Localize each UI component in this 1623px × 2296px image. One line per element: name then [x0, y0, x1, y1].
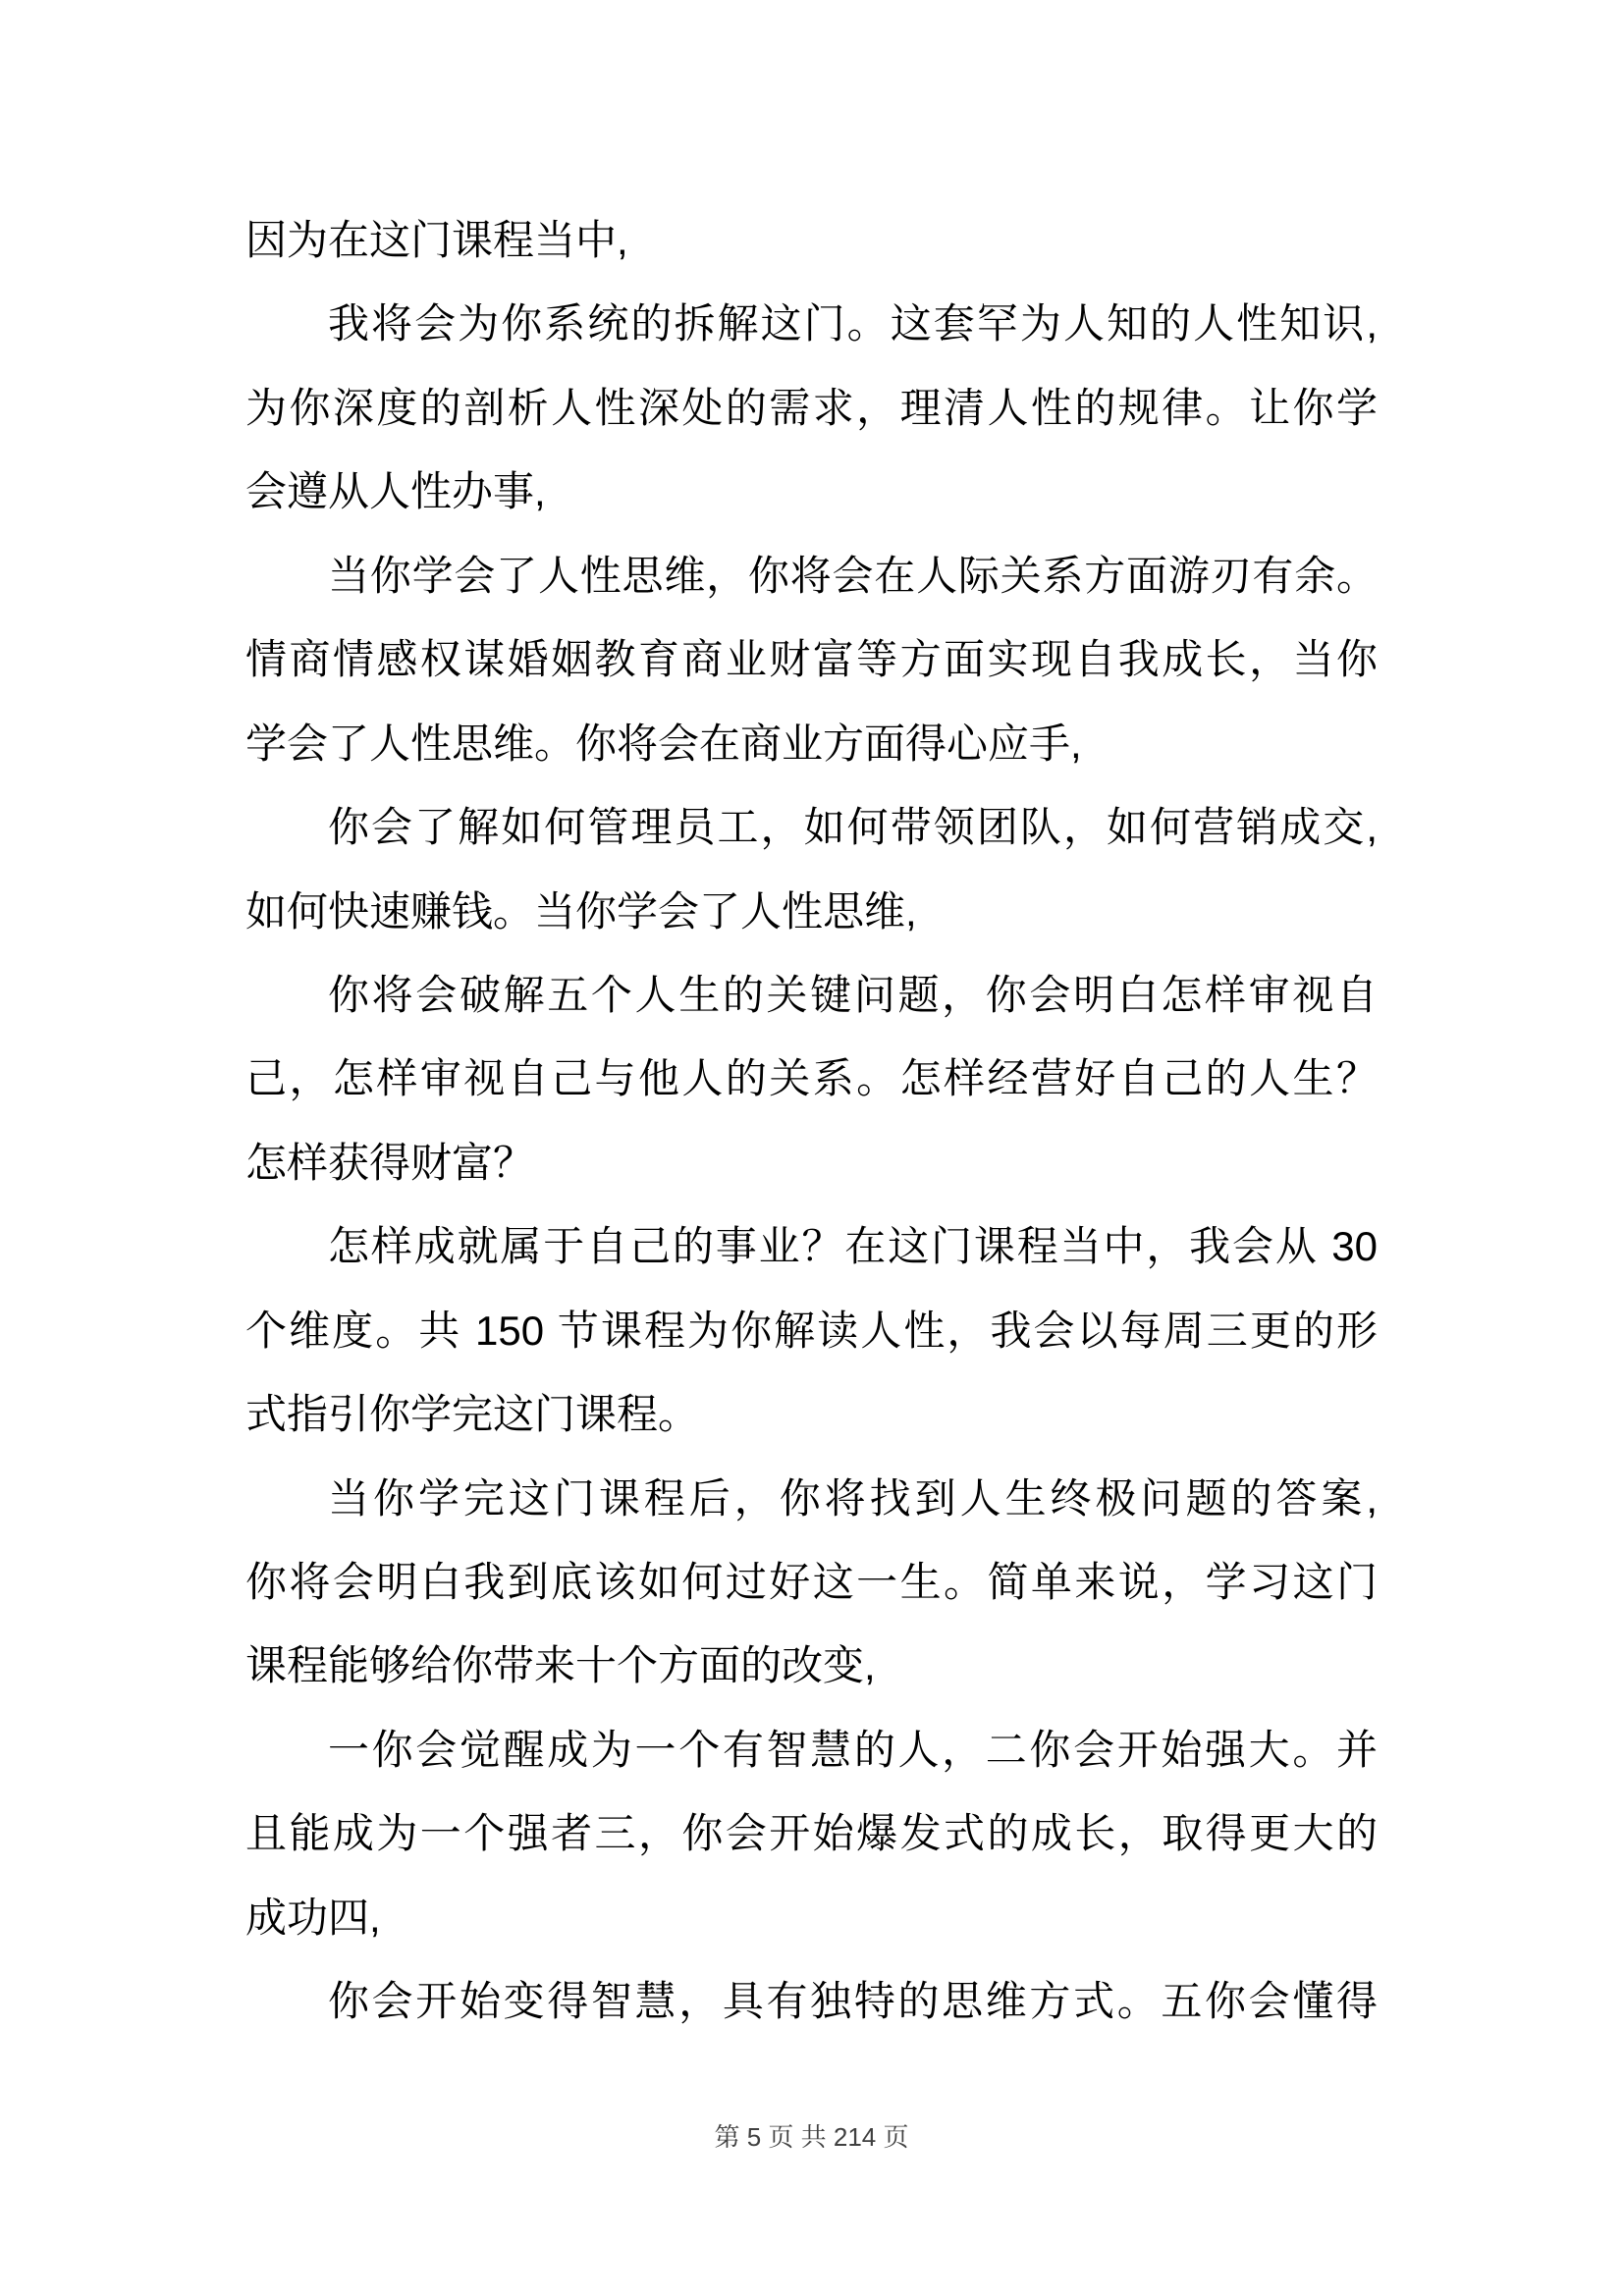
- text-line: 为你深度的剖析人性深处的需求，理清人性的规律。让你学: [245, 366, 1378, 450]
- text-line: 情商情感权谋婚姻教育商业财富等方面实现自我成长，当你: [245, 617, 1378, 701]
- text-line: 成功四,: [245, 1876, 1378, 1959]
- text-line: 怎样成就属于自己的事业？在这门课程当中，我会从 30: [245, 1204, 1378, 1288]
- page-footer: 第 5 页 共 214 页: [0, 2120, 1623, 2154]
- text-line: 且能成为一个强者三，你会开始爆发式的成长，取得更大的: [245, 1791, 1378, 1875]
- text-line: 当你学完这门课程后，你将找到人生终极问题的答案,: [245, 1457, 1378, 1540]
- text-line: 如何快速赚钱。当你学会了人性思维,: [245, 870, 1378, 953]
- text-line: 课程能够给你带来十个方面的改变,: [245, 1624, 1378, 1707]
- document-page: 因为在这门课程当中, 我将会为你系统的拆解这门。这套罕为人知的人性知识, 为你深…: [0, 0, 1623, 2296]
- page-number-text: 第 5 页 共 214 页: [715, 2122, 909, 2152]
- text-line: 当你学会了人性思维，你将会在人际关系方面游刃有余。: [245, 534, 1378, 617]
- text-line: 你会了解如何管理员工，如何带领团队，如何营销成交,: [245, 785, 1378, 869]
- text-line: 个维度。共 150 节课程为你解读人性，我会以每周三更的形: [245, 1289, 1378, 1372]
- text-line: 一你会觉醒成为一个有智慧的人，二你会开始强大。并: [245, 1708, 1378, 1791]
- text-line: 我将会为你系统的拆解这门。这套罕为人知的人性知识,: [245, 282, 1378, 365]
- text-line: 式指引你学完这门课程。: [245, 1372, 1378, 1456]
- text-line: 你会开始变得智慧，具有独特的思维方式。五你会懂得: [245, 1959, 1378, 2043]
- text-line: 你将会明白我到底该如何过好这一生。简单来说，学习这门: [245, 1540, 1378, 1624]
- text-line: 因为在这门课程当中,: [245, 198, 1378, 282]
- text-line: 怎样获得财富？: [245, 1121, 1378, 1204]
- text-line: 己，怎样审视自己与他人的关系。怎样经营好自己的人生？: [245, 1037, 1378, 1120]
- text-line: 你将会破解五个人生的关键问题，你会明白怎样审视自: [245, 953, 1378, 1037]
- text-line: 学会了人性思维。你将会在商业方面得心应手,: [245, 702, 1378, 785]
- document-body: 因为在这门课程当中, 我将会为你系统的拆解这门。这套罕为人知的人性知识, 为你深…: [245, 198, 1378, 2044]
- text-line: 会遵从人性办事,: [245, 450, 1378, 533]
